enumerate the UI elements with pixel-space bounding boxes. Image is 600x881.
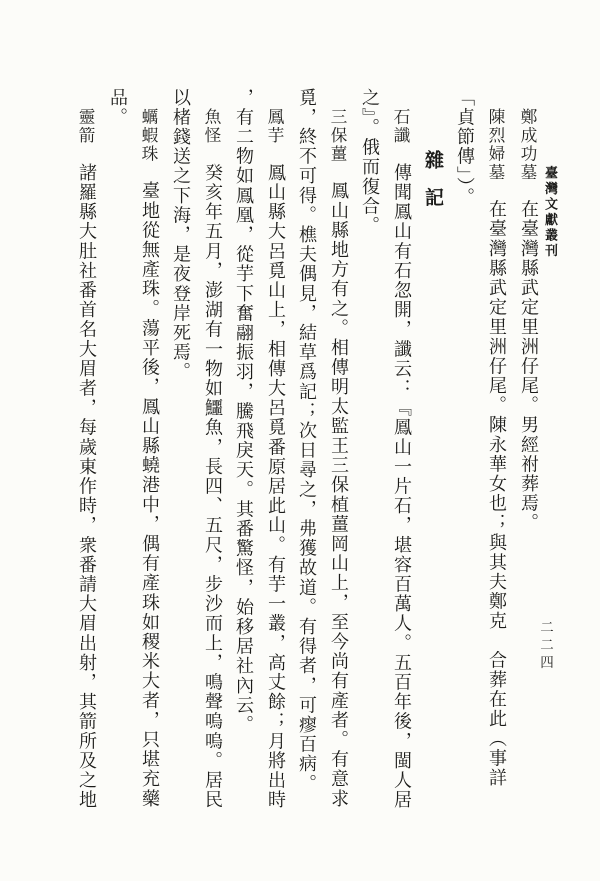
entry-column: 陳烈婦墓在臺灣縣武定里洲仔尾。陳永華女也；與其夫鄭克𡒉合葬在此（事詳 bbox=[480, 88, 512, 848]
entry-title: 鄭成功墓 bbox=[518, 108, 538, 200]
continuation-column: 覓，終不可得。樵夫偶見，結草爲記；次日尋之，弗獲故道。有得者，可瘳百病。 bbox=[291, 88, 322, 848]
entry-body-text: 「貞節傳」）。 bbox=[454, 88, 475, 207]
entry-title: 鳳芋 bbox=[265, 108, 285, 163]
entry-body-text: 覓，終不可得。樵夫偶見，結草爲記；次日尋之，弗獲故道。有得者，可瘳百病。 bbox=[296, 88, 317, 794]
entry-column: 靈箭諸羅縣大肚社番首名大眉者，每歲東作時，衆番請大眉出射，其箭所及之地 bbox=[70, 88, 102, 848]
entry-column: 蠣蝦珠臺地從無產珠。蕩平後，鳳山縣蟯港中，偶有產珠如稷米大者，只堪充藥 bbox=[133, 88, 165, 848]
entry-body-text: 臺地從無產珠。蕩平後，鳳山縣蟯港中，偶有產珠如稷米大者，只堪充藥 bbox=[139, 181, 160, 808]
entry-body-text: 在臺灣縣武定里洲仔尾。男經祔葬焉。 bbox=[518, 200, 539, 533]
continuation-column: ，有二物如鳳凰，從芋下奮翮振羽，騰飛戾天。其番驚怪，始移居社內云。 bbox=[228, 88, 259, 848]
continuation-column: 品。 bbox=[102, 88, 133, 848]
continuation-column: 以楮錢送之下海，是夜登岸死焉。 bbox=[165, 88, 196, 848]
vertical-text-block: 鄭成功墓在臺灣縣武定里洲仔尾。男經祔葬焉。陳烈婦墓在臺灣縣武定里洲仔尾。陳永華女… bbox=[70, 88, 544, 848]
entry-body-text: 鳳山縣大呂覓山上，相傳大呂覓番原居此山。有芋一叢，高丈餘；月將出時 bbox=[265, 163, 286, 810]
entry-column: 鄭成功墓在臺灣縣武定里洲仔尾。男經祔葬焉。 bbox=[512, 88, 544, 848]
entry-title: 三保薑 bbox=[328, 108, 348, 181]
section-title: 雜記 bbox=[422, 150, 444, 224]
entry-body-text: 之』。俄而復合。 bbox=[359, 88, 380, 236]
entry-body-text: 諸羅縣大肚社番首名大眉者，每歲東作時，衆番請大眉出射，其箭所及之地 bbox=[76, 163, 97, 810]
section-heading-column: 雜記 bbox=[417, 88, 449, 848]
entry-body-text: 品。 bbox=[107, 88, 128, 127]
entry-body-text: 傳聞鳳山有石忽開，讖云：『鳳山一片石，堪容百萬人。五百年後，閩人居 bbox=[391, 163, 412, 810]
continuation-column: 「貞節傳」）。 bbox=[449, 88, 480, 848]
entry-body-text: 鳳山縣地方有之。相傳明太監王三保植薑岡山上，至今尚有產者。有意求 bbox=[328, 181, 349, 808]
entry-column: 石讖傳聞鳳山有石忽開，讖云：『鳳山一片石，堪容百萬人。五百年後，閩人居 bbox=[385, 88, 417, 848]
entry-body-text: 在臺灣縣武定里洲仔尾。陳永華女也；與其夫鄭克𡒉合葬在此（事詳 bbox=[486, 200, 507, 788]
entry-title: 石讖 bbox=[391, 108, 411, 163]
entry-title: 魚怪 bbox=[202, 108, 222, 163]
continuation-column: 之』。俄而復合。 bbox=[354, 88, 385, 848]
entry-body-text: 以楮錢送之下海，是夜登岸死焉。 bbox=[170, 88, 191, 382]
entry-title: 靈箭 bbox=[76, 108, 96, 163]
entry-column: 魚怪癸亥年五月，澎湖有一物如鱷魚，長四、五尺，步沙而上，鳴聲嗚嗚。居民 bbox=[196, 88, 228, 848]
entry-body-text: ，有二物如鳳凰，從芋下奮翮振羽，騰飛戾天。其番驚怪，始移居社內云。 bbox=[233, 88, 254, 735]
entry-body-text: 癸亥年五月，澎湖有一物如鱷魚，長四、五尺，步沙而上，鳴聲嗚嗚。居民 bbox=[202, 163, 223, 810]
entry-column: 三保薑鳳山縣地方有之。相傳明太監王三保植薑岡山上，至今尚有產者。有意求 bbox=[322, 88, 354, 848]
entry-title: 蠣蝦珠 bbox=[139, 108, 159, 181]
scanned-book-page: 臺灣文獻叢刊 二二四 鄭成功墓在臺灣縣武定里洲仔尾。男經祔葬焉。陳烈婦墓在臺灣縣… bbox=[0, 0, 600, 881]
entry-column: 鳳芋鳳山縣大呂覓山上，相傳大呂覓番原居此山。有芋一叢，高丈餘；月將出時 bbox=[259, 88, 291, 848]
entry-title: 陳烈婦墓 bbox=[486, 108, 506, 200]
